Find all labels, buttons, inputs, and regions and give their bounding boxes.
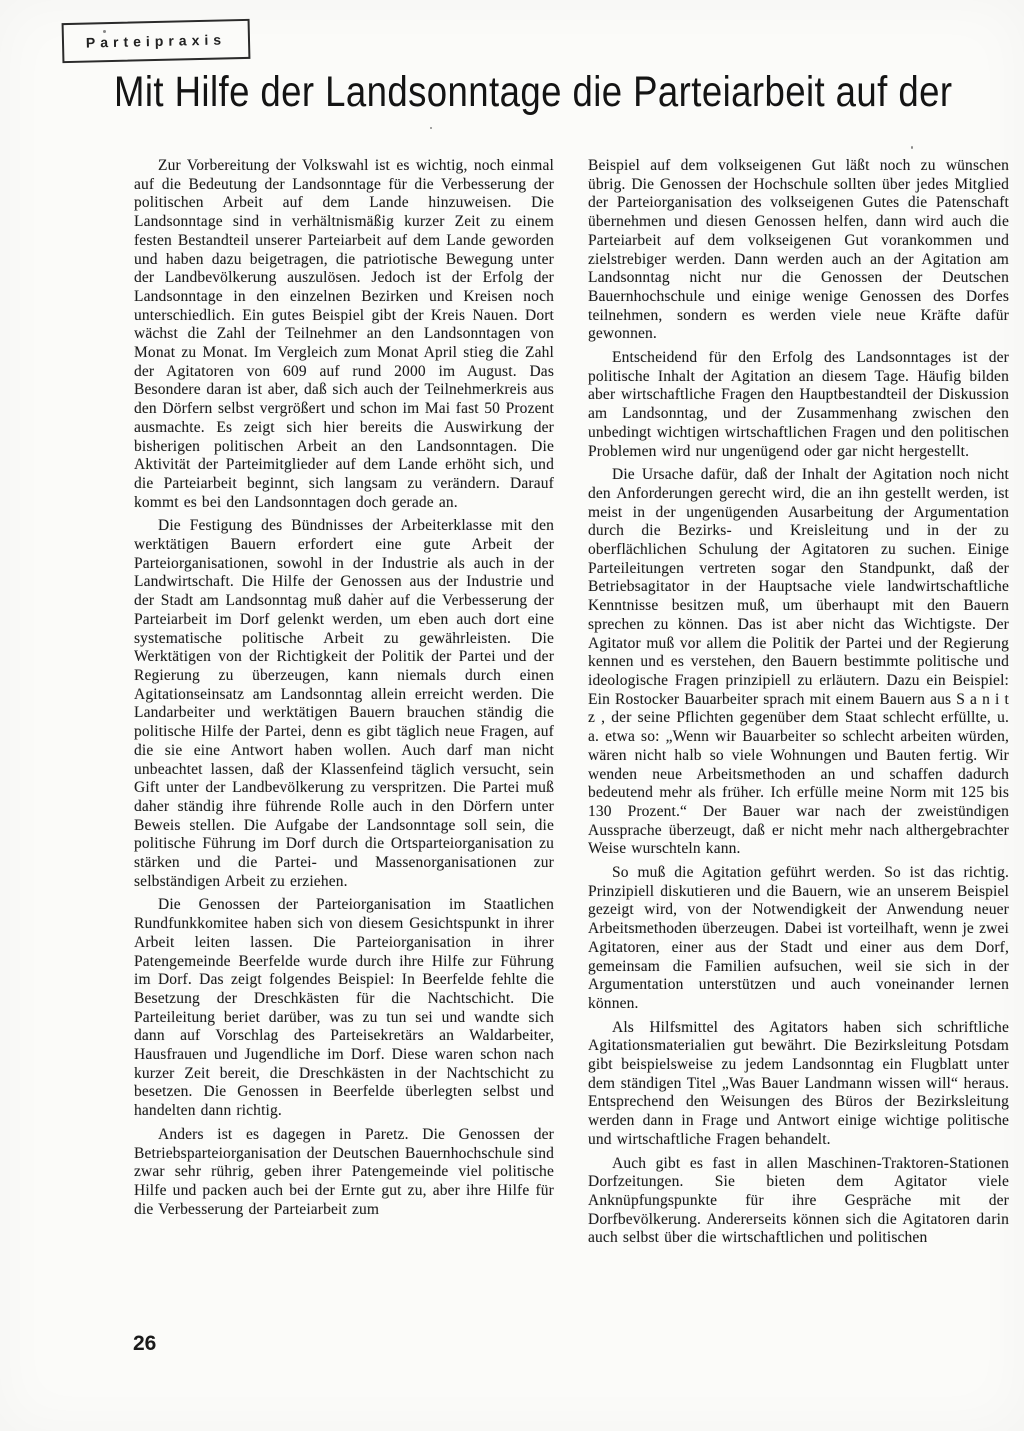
- right-column: Beispiel auf dem volkseigenen Gut läßt n…: [588, 157, 1009, 1253]
- paragraph: Anders ist es dagegen in Paretz. Die Gen…: [134, 1126, 554, 1220]
- rubric-box: Parteipraxis: [62, 19, 251, 63]
- paragraph: So muß die Agitation geführt werden. So …: [588, 864, 1009, 1014]
- article-headline: Mit Hilfe der Landsonntage die Parteiarb…: [114, 68, 952, 117]
- scan-speck: [103, 30, 106, 33]
- scanned-magazine-page: Parteipraxis Mit Hilfe der Landsonntage …: [0, 0, 1024, 1431]
- paragraph: Beispiel auf dem volkseigenen Gut läßt n…: [588, 157, 1009, 344]
- paragraph: Die Ursache dafür, daß der Inhalt der Ag…: [588, 466, 1009, 859]
- paragraph: Als Hilfsmittel des Agitators haben sich…: [588, 1019, 1009, 1150]
- page-number: 26: [133, 1332, 156, 1356]
- rubric-label: Parteipraxis: [86, 31, 226, 50]
- paragraph: Auch gibt es fast in allen Maschinen-Tra…: [588, 1155, 1009, 1249]
- left-column: Zur Vorbereitung der Volkswahl ist es wi…: [134, 157, 554, 1224]
- scan-speck: [371, 593, 373, 595]
- paragraph: Die Festigung des Bündnisses der Arbeite…: [134, 517, 554, 891]
- paragraph: Zur Vorbereitung der Volkswahl ist es wi…: [134, 157, 554, 512]
- scan-speck: [430, 127, 432, 129]
- scan-speck: [528, 297, 530, 299]
- scan-speck: [911, 146, 913, 149]
- paragraph: Die Genossen der Parteiorganisation im S…: [134, 896, 554, 1120]
- paragraph: Entscheidend für den Erfolg des Landsonn…: [588, 349, 1009, 461]
